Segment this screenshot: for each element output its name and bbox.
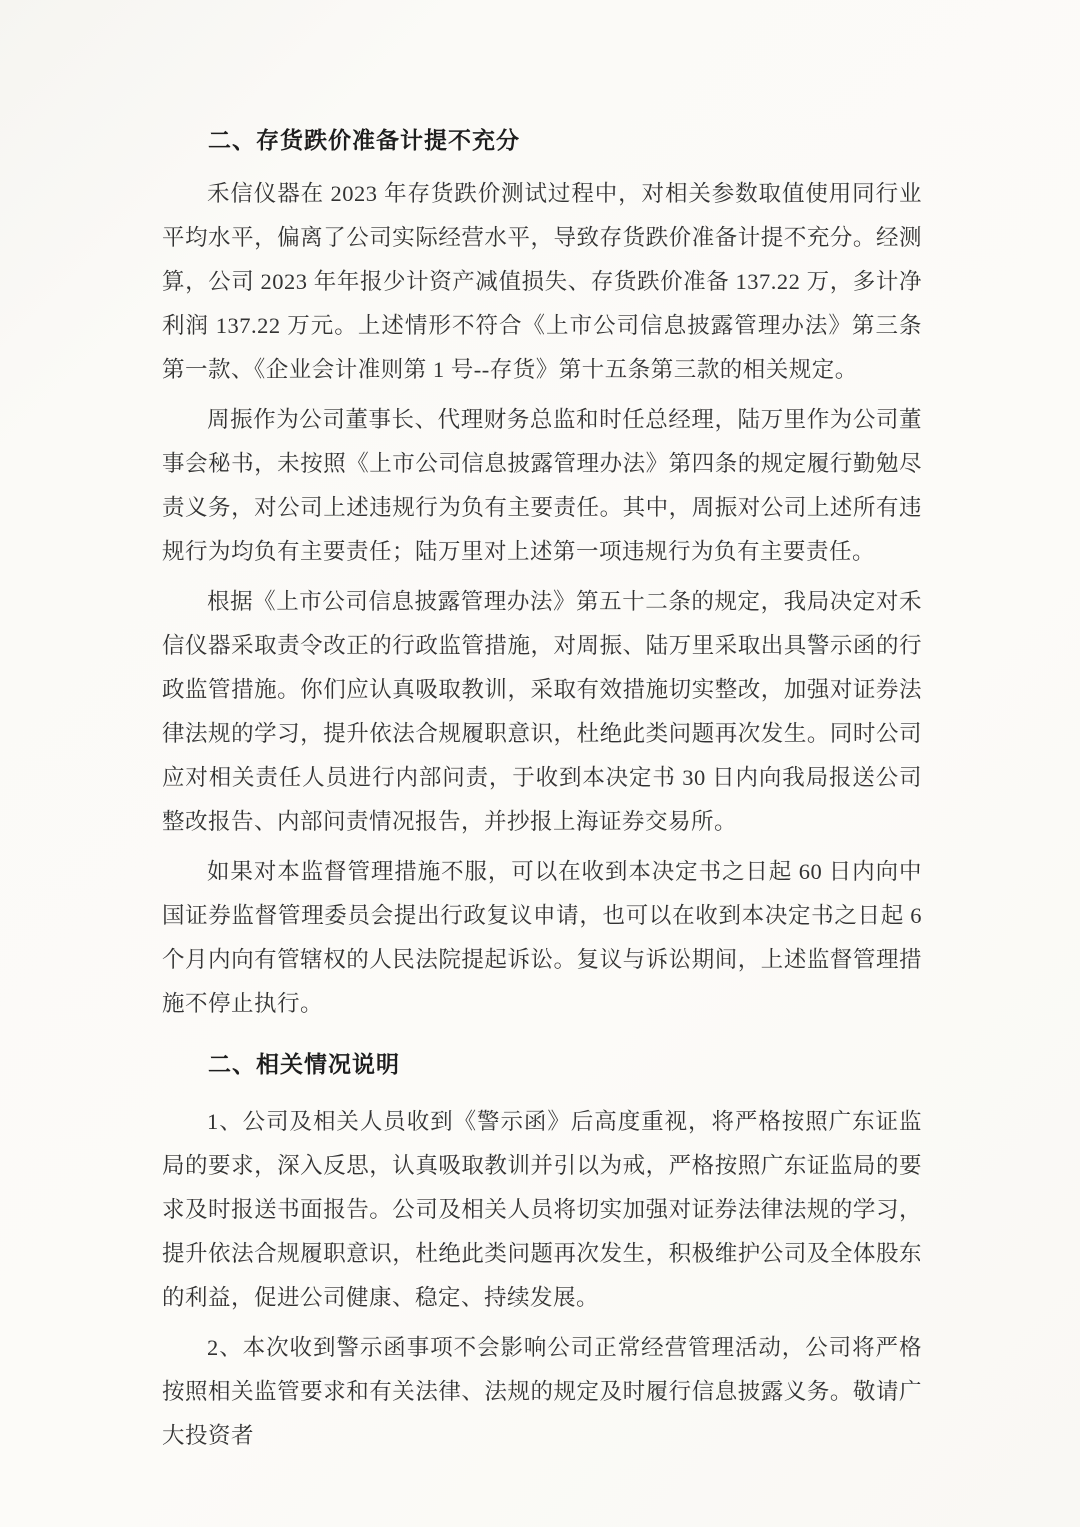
- paragraph-regulatory-measures: 根据《上市公司信息披露管理办法》第五十二条的规定，我局决定对禾信仪器采取责令改正…: [162, 580, 922, 844]
- document-page: 二、存货跌价准备计提不充分 禾信仪器在 2023 年存货跌价测试过程中，对相关参…: [0, 0, 1080, 1527]
- paragraph-appeal-rights: 如果对本监督管理措施不服，可以在收到本决定书之日起 60 日内向中国证券监督管理…: [162, 850, 922, 1026]
- paragraph-inventory-findings: 禾信仪器在 2023 年存货跌价测试过程中，对相关参数取值使用同行业平均水平，偏…: [162, 172, 922, 392]
- section-heading-inventory-provision: 二、存货跌价准备计提不充分: [162, 118, 922, 162]
- document-content: 二、存货跌价准备计提不充分 禾信仪器在 2023 年存货跌价测试过程中，对相关参…: [162, 118, 922, 1464]
- paragraph-responsible-persons: 周振作为公司董事长、代理财务总监和时任总经理，陆万里作为公司董事会秘书，未按照《…: [162, 398, 922, 574]
- paragraph-no-impact-statement: 2、本次收到警示函事项不会影响公司正常经营管理活动，公司将严格按照相关监管要求和…: [162, 1326, 922, 1458]
- section-heading-related-info: 二、相关情况说明: [162, 1042, 922, 1086]
- paragraph-company-response: 1、公司及相关人员收到《警示函》后高度重视，将严格按照广东证监局的要求，深入反思…: [162, 1100, 922, 1320]
